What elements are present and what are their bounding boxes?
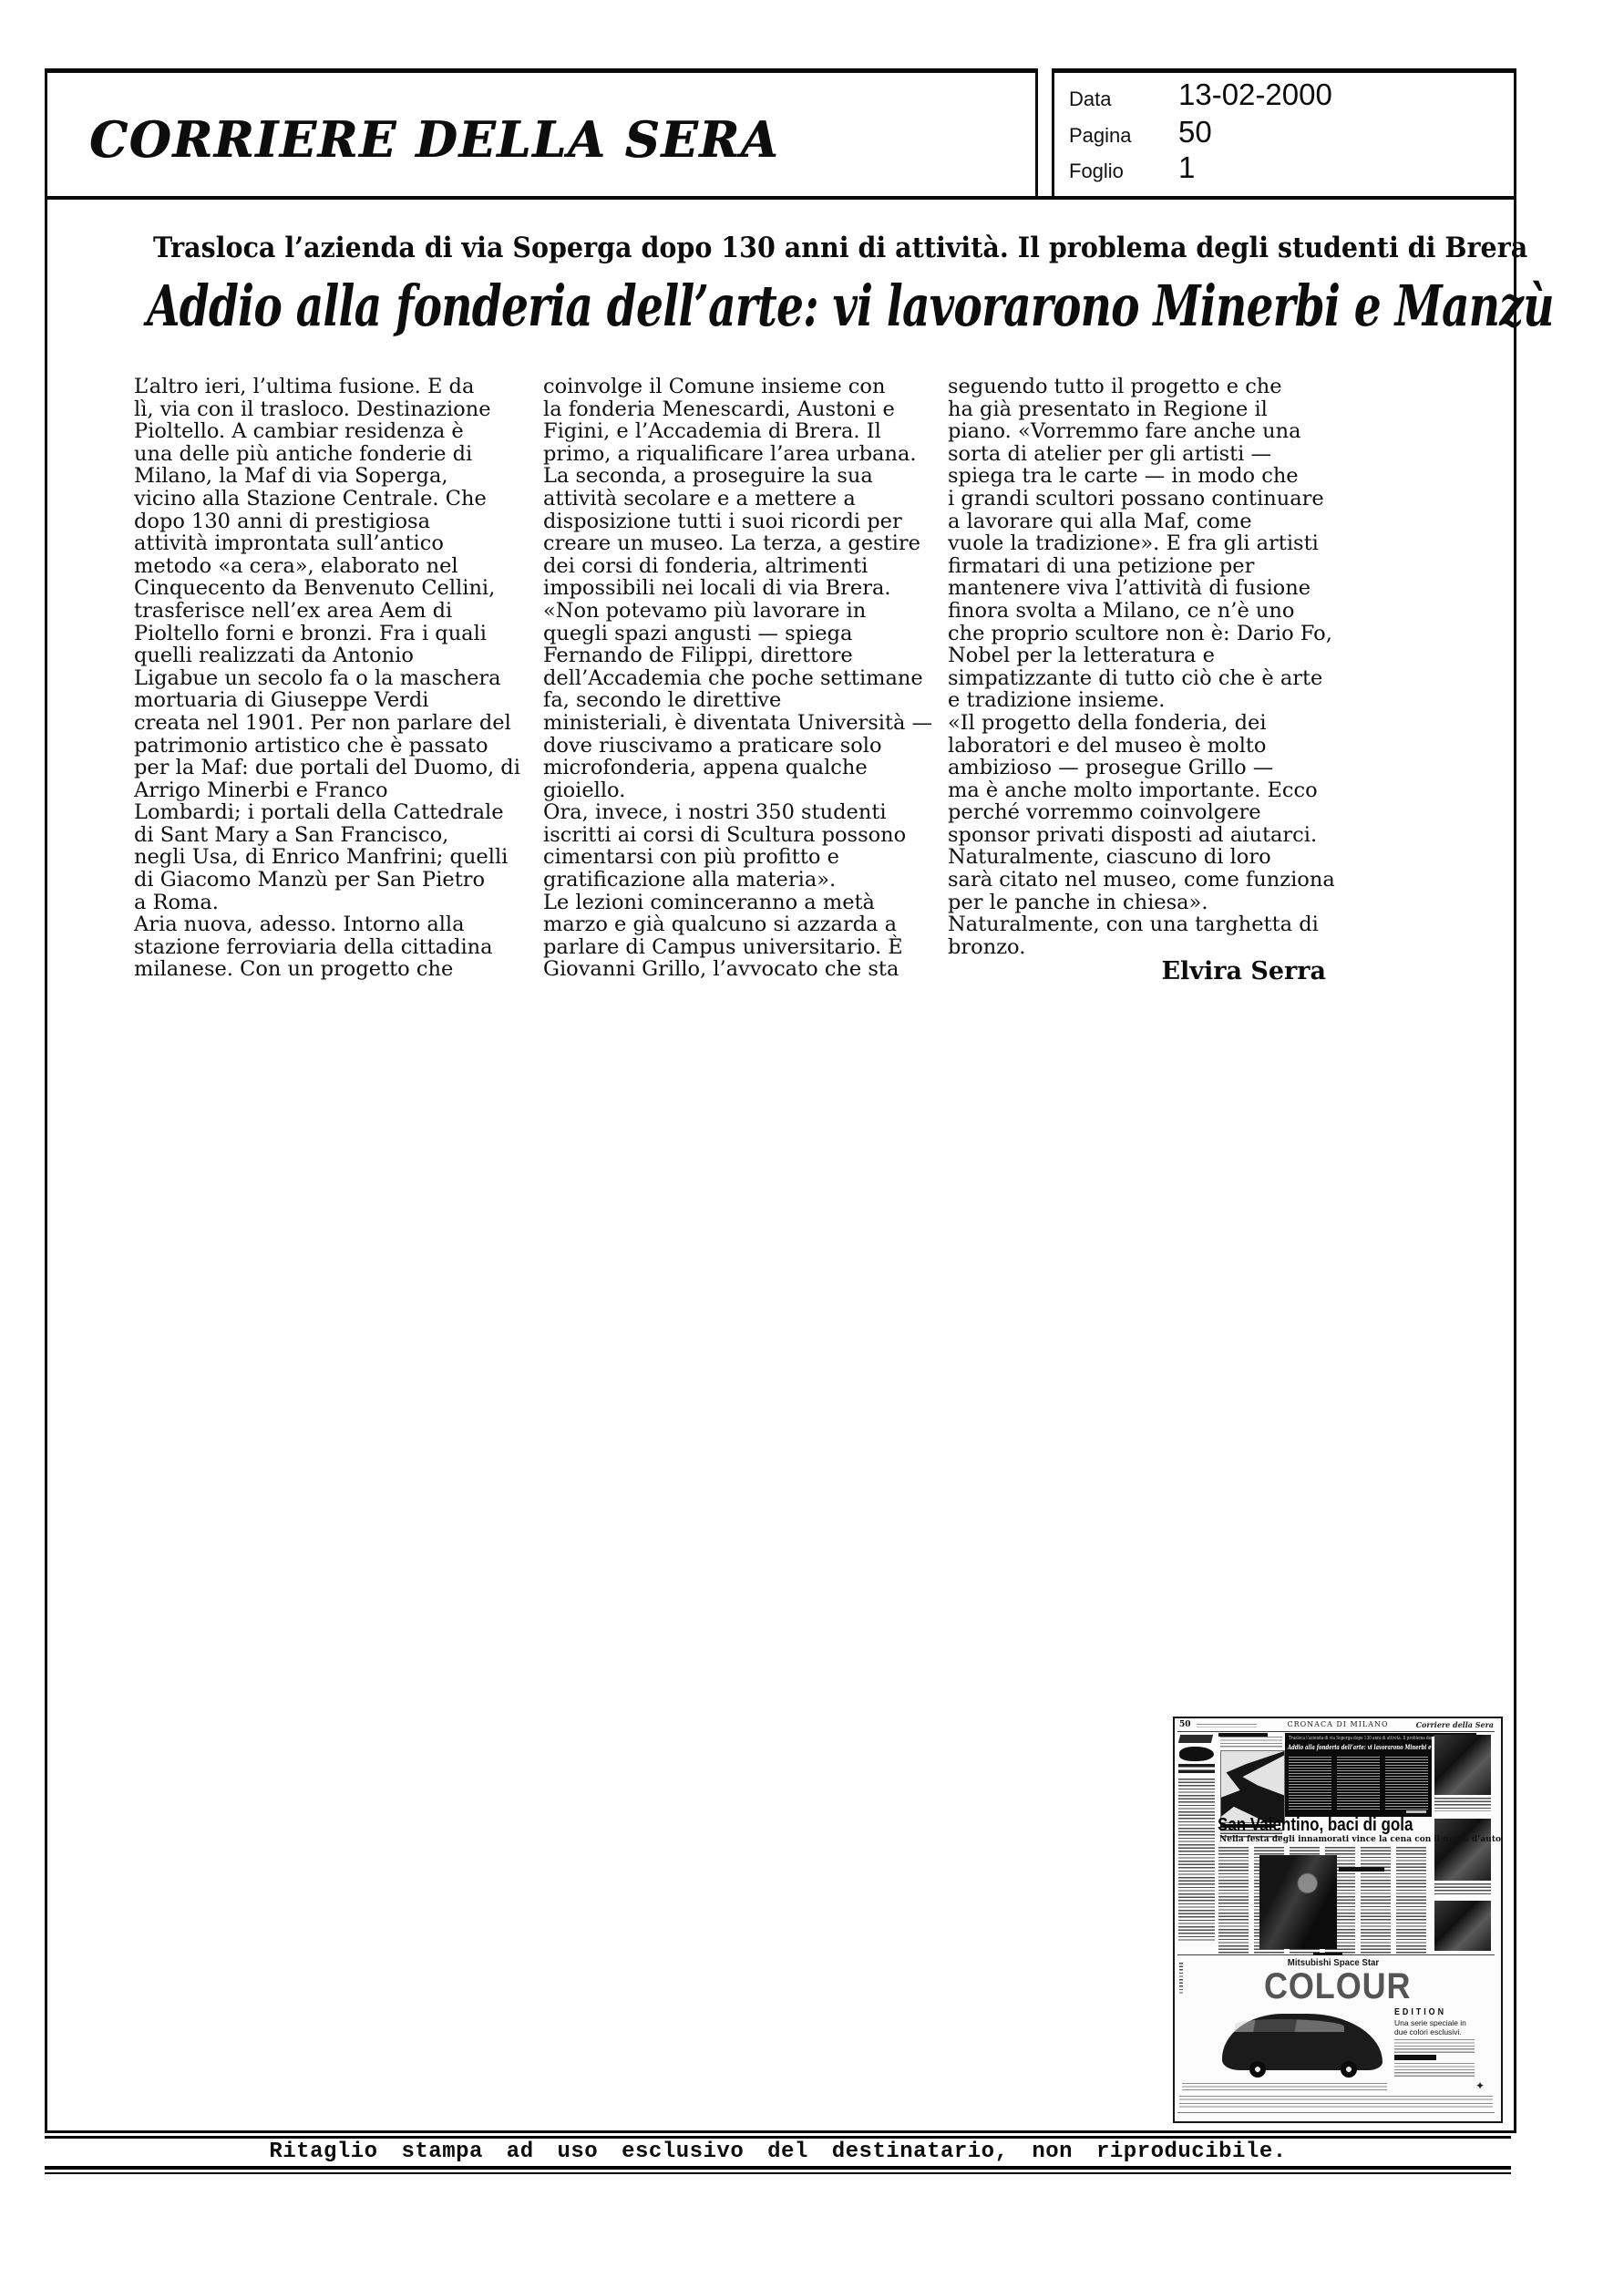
ad-car-rear-wheel bbox=[1341, 2061, 1357, 2078]
thumb-photo-1-caption bbox=[1434, 1798, 1491, 1811]
thumb-inset-header-bar bbox=[1339, 1867, 1384, 1872]
article-kicker: Trasloca l’azienda di via Soperga dopo 1… bbox=[153, 232, 1527, 263]
thumb-highlight-col1 bbox=[1289, 1757, 1331, 1810]
article-column-3: seguendo tutto il progetto e che ha già … bbox=[948, 376, 1367, 958]
masthead-box: CORRIERE DELLA SERA bbox=[45, 68, 1038, 199]
article-column-2: coinvolge il Comune insieme con la fonde… bbox=[543, 376, 962, 981]
thumb-ad-rule-tick bbox=[1313, 1953, 1342, 1955]
pagina-value: 50 bbox=[1178, 115, 1212, 150]
page-thumbnail: 50 CRONACA DI MILANO Corriere della Sera… bbox=[1173, 1717, 1503, 2123]
data-label: Data bbox=[1069, 88, 1111, 111]
thumb-left-heading-lines bbox=[1178, 1764, 1215, 1775]
thumb-highlight-byline bbox=[1406, 1810, 1426, 1813]
ad-smallprint-1 bbox=[1394, 2039, 1475, 2053]
thumb-masthead: Corriere della Sera bbox=[1416, 1720, 1494, 1729]
thumb-second-headline: San Valentino, baci di gola bbox=[1218, 1815, 1413, 1836]
ad-colour-word: COLOUR bbox=[1264, 1968, 1411, 2005]
ad-dealer-line-2 bbox=[1179, 2103, 1493, 2108]
foglio-label: Foglio bbox=[1069, 160, 1124, 183]
thumb-bottom-inner-line bbox=[1177, 2112, 1495, 2113]
ad-dealer-logos-row bbox=[1182, 2083, 1387, 2090]
thumb-photo-1 bbox=[1434, 1735, 1491, 1795]
data-value: 13-02-2000 bbox=[1178, 77, 1332, 112]
thumb-kiss-photo bbox=[1259, 1855, 1337, 1949]
ad-dealer-line-1 bbox=[1179, 2096, 1493, 2100]
mitsubishi-logo-icon: ✦ bbox=[1475, 2079, 1485, 2092]
thumb-header-rule bbox=[1177, 1731, 1495, 1732]
thumb-map-shape bbox=[1221, 1751, 1284, 1822]
thumb-left-photo-blob bbox=[1179, 1747, 1214, 1761]
thumb-highlight-headline: Addio alla fonderia dell’arte: vi lavora… bbox=[1288, 1743, 1451, 1751]
ad-tagline: Una serie speciale in due colori esclusi… bbox=[1394, 2019, 1480, 2037]
ad-price-bar bbox=[1394, 2055, 1436, 2060]
thumb-photo-2-caption bbox=[1434, 1883, 1491, 1895]
ad-edition-word: EDITION bbox=[1394, 2006, 1446, 2017]
ad-car-windshield bbox=[1235, 2019, 1344, 2032]
thumb-ad-margin-ticks bbox=[1179, 1963, 1183, 1994]
ad-car-front-wheel bbox=[1249, 2061, 1266, 2078]
footer-bottom-line bbox=[45, 2172, 1511, 2174]
footer-notice: Ritaglio stampa ad uso esclusivo del des… bbox=[269, 2140, 1286, 2164]
thumb-body-col-5 bbox=[1361, 1847, 1391, 1954]
press-clipping-page: CORRIERE DELLA SERA Data 13-02-2000 Pagi… bbox=[0, 0, 1624, 2279]
thumb-highlight-col2 bbox=[1337, 1757, 1380, 1810]
pagina-label: Pagina bbox=[1069, 124, 1132, 148]
footer-strip: Ritaglio stampa ad uso esclusivo del des… bbox=[45, 2136, 1511, 2170]
foglio-value: 1 bbox=[1178, 150, 1195, 185]
thumb-left-column-title bbox=[1178, 1735, 1213, 1743]
thumb-highlight-col3 bbox=[1385, 1757, 1428, 1810]
article-byline: Elvira Serra bbox=[948, 957, 1326, 985]
thumb-map-toplines bbox=[1220, 1737, 1282, 1748]
thumb-map-image bbox=[1220, 1750, 1285, 1823]
article-box: Trasloca l’azienda di via Soperga dopo 1… bbox=[45, 196, 1516, 2133]
ad-smallprint-2 bbox=[1394, 2063, 1475, 2078]
thumb-second-subhead: Nella festa degli innamorati vince la ce… bbox=[1219, 1834, 1503, 1844]
article-column-1: L’altro ieri, l’ultima fusione. E da lì,… bbox=[134, 376, 553, 981]
newspaper-masthead: CORRIERE DELLA SERA bbox=[89, 115, 779, 164]
thumb-photo-2 bbox=[1434, 1819, 1491, 1881]
thumb-left-text-lines bbox=[1178, 1779, 1215, 1943]
meta-box: Data 13-02-2000 Pagina 50 Foglio 1 bbox=[1052, 68, 1516, 199]
thumb-body-col-1 bbox=[1218, 1847, 1249, 1954]
thumb-highlighted-article: Trasloca l’azienda di via Soperga dopo 1… bbox=[1285, 1733, 1432, 1817]
thumb-photo-3 bbox=[1434, 1901, 1491, 1951]
article-headline: Addio alla fonderia dell’arte: vi lavora… bbox=[147, 276, 1554, 335]
thumb-body-col-6 bbox=[1396, 1847, 1426, 1954]
